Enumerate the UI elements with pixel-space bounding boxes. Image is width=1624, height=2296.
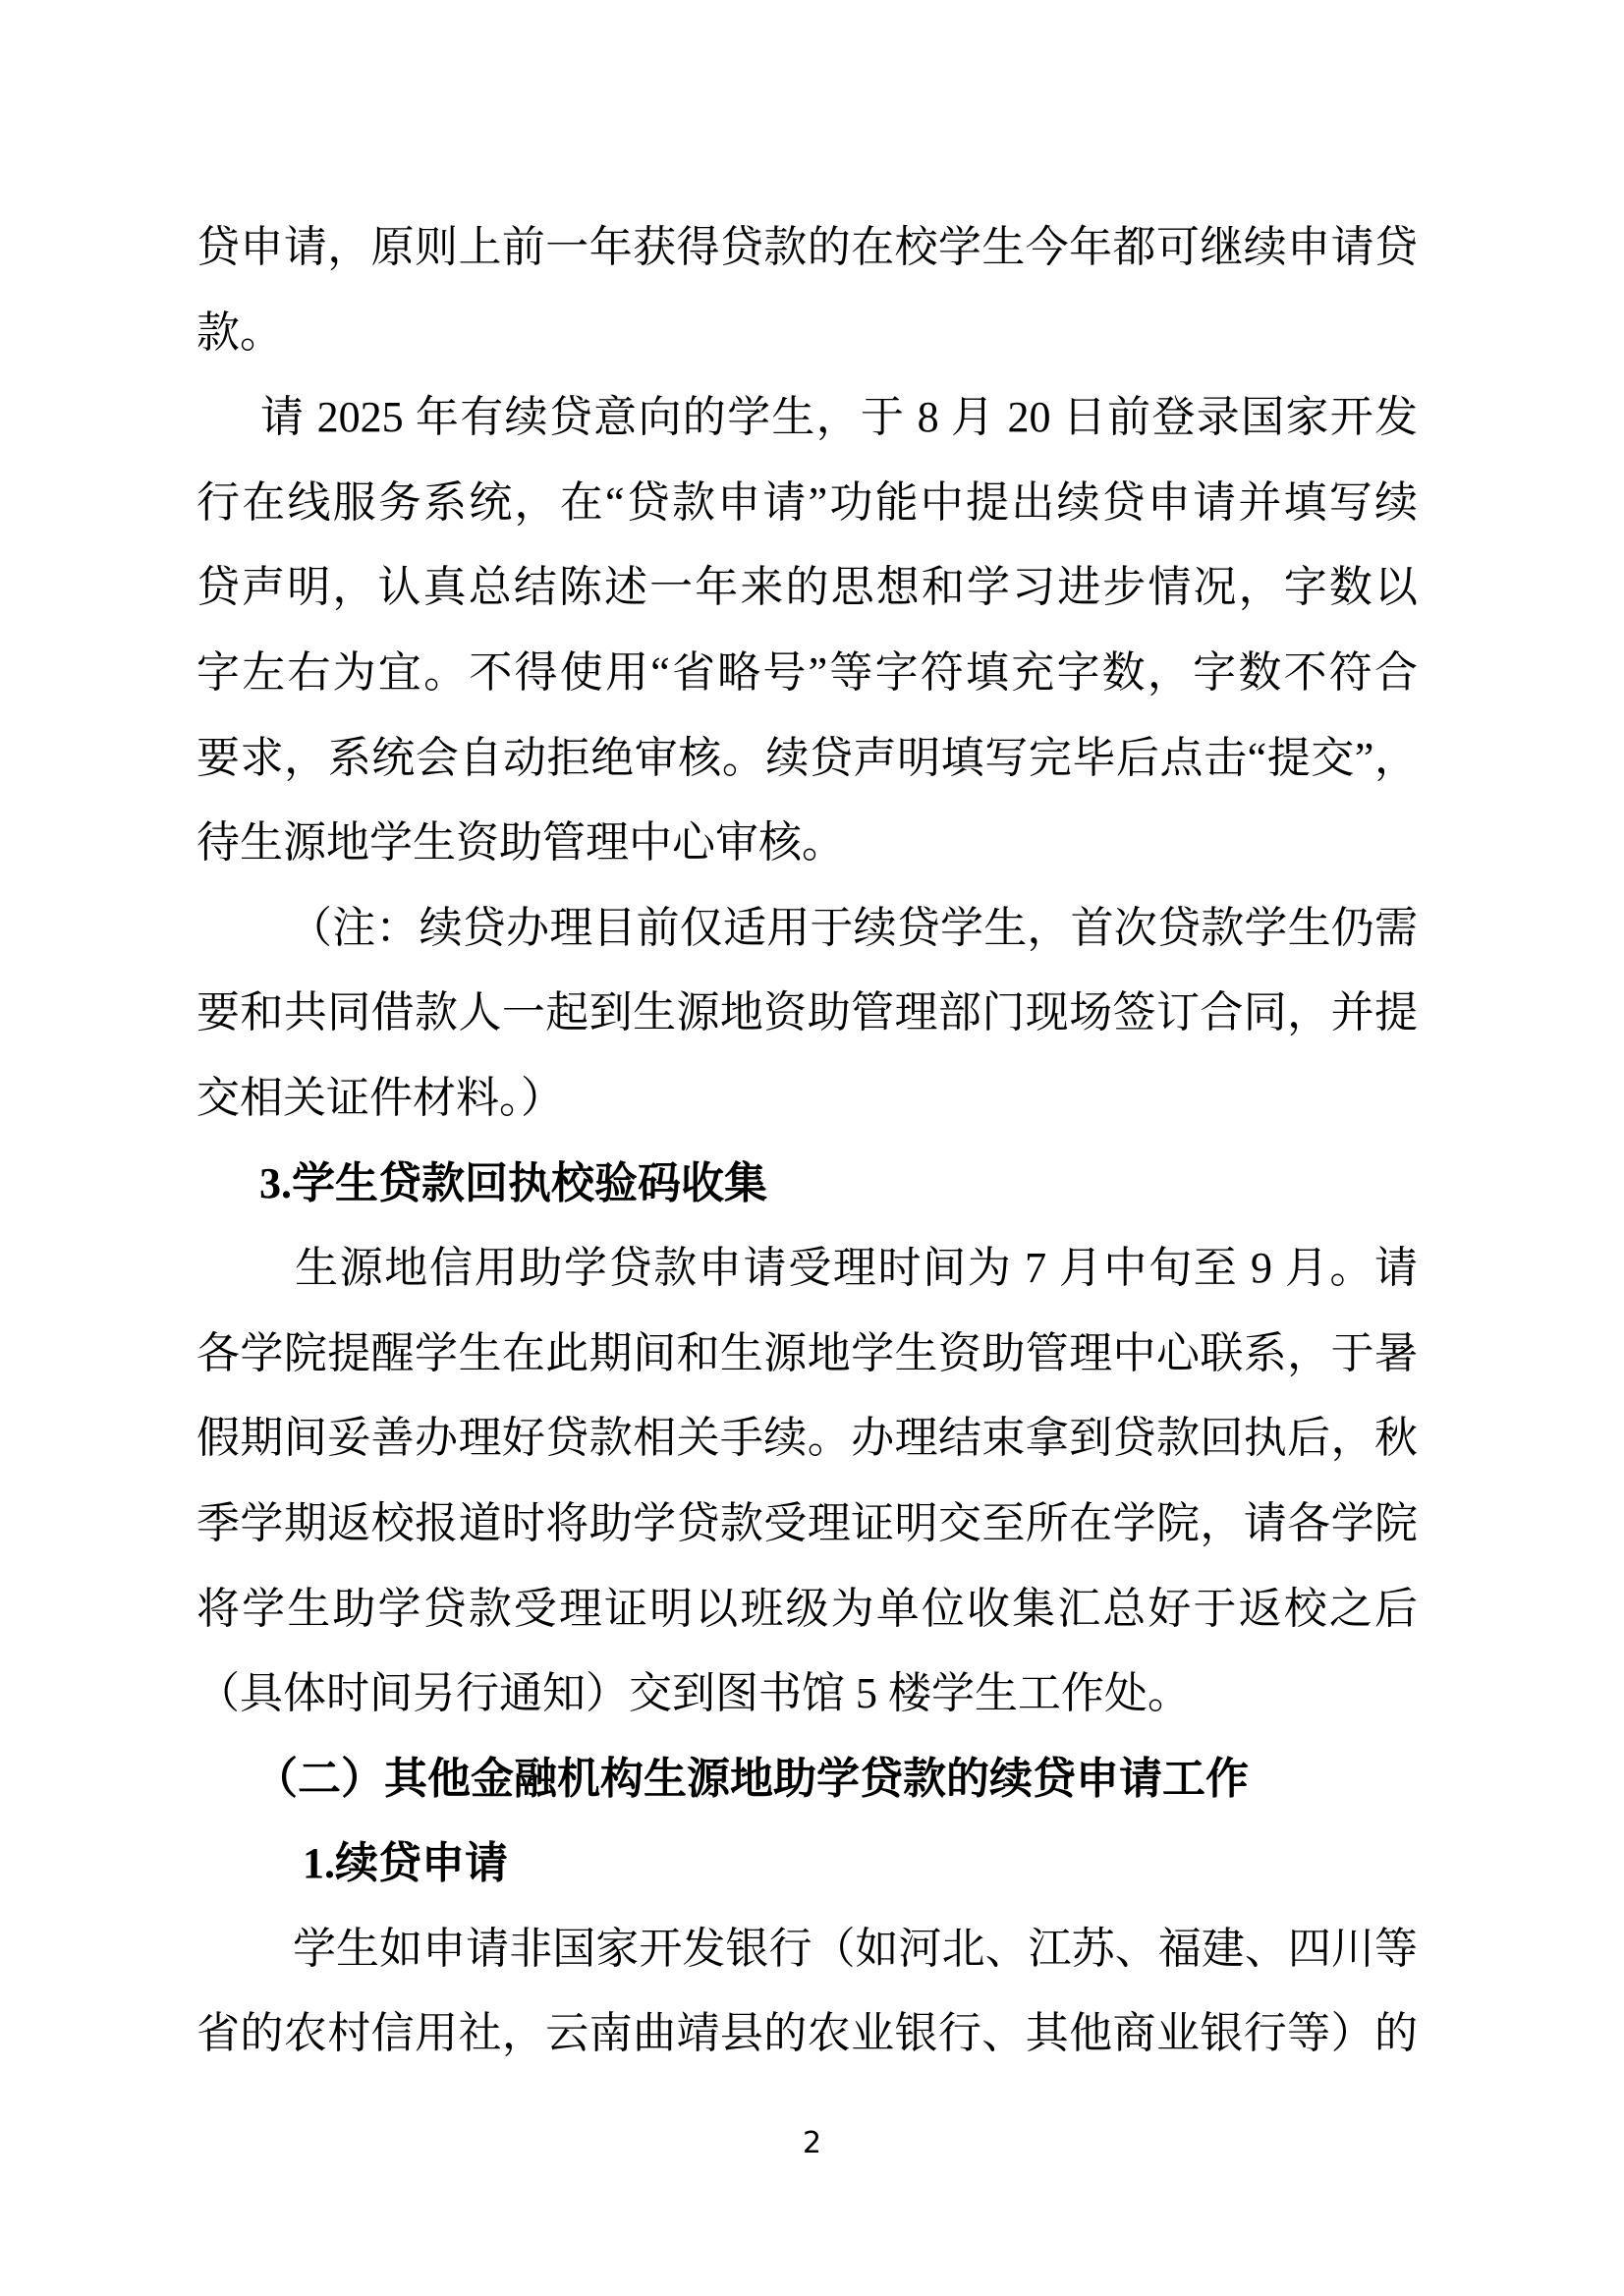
text-line: 请 2025 年有续贷意向的学生，于 8 月 20 日前登录国家开发银 bbox=[196, 375, 1418, 461]
text-line: 学生如申请非国家开发银行（如河北、江苏、福建、四川等 bbox=[196, 1907, 1418, 1992]
text-line: 3.学生贷款回执校验码收集 bbox=[196, 1142, 1418, 1227]
text-line: 1.续贷申请 bbox=[196, 1821, 1418, 1907]
text-line: 生源地信用助学贷款申请受理时间为 7 月中旬至 9 月。请 bbox=[196, 1226, 1418, 1312]
text-line: 要和共同借款人一起到生源地资助管理部门现场签订合同，并提 bbox=[196, 971, 1418, 1056]
text-line: （具体时间另行通知）交到图书馆 5 楼学生工作处。 bbox=[196, 1652, 1418, 1737]
text-line: 交相关证件材料。） bbox=[196, 1056, 1418, 1142]
text-line: 要求，系统会自动拒绝审核。续贷声明填写完毕后点击“提交”， bbox=[196, 716, 1418, 802]
text-line: 字左右为宜。不得使用“省略号”等字符填充字数，字数不符合 bbox=[196, 631, 1418, 716]
text-line: 季学期返校报道时将助学贷款受理证明交至所在学院，请各学院 bbox=[196, 1482, 1418, 1567]
text-line: 假期间妥善办理好贷款相关手续。办理结束拿到贷款回执后，秋 bbox=[196, 1396, 1418, 1482]
page-body: 贷申请，原则上前一年获得贷款的在校学生今年都可继续申请贷款。请 2025 年有续… bbox=[196, 205, 1418, 2077]
text-line: 省的农村信用社，云南曲靖县的农业银行、其他商业银行等）的 bbox=[196, 1991, 1418, 2077]
text-line: （二）其他金融机构生源地助学贷款的续贷申请工作 bbox=[196, 1737, 1418, 1822]
text-line: 各学院提醒学生在此期间和生源地学生资助管理中心联系，于暑 bbox=[196, 1312, 1418, 1397]
text-line: 行在线服务系统，在“贷款申请”功能中提出续贷申请并填写续 bbox=[196, 461, 1418, 546]
text-line: 款。 bbox=[196, 291, 1418, 376]
text-line: 贷申请，原则上前一年获得贷款的在校学生今年都可继续申请贷 bbox=[196, 205, 1418, 291]
document-page: 贷申请，原则上前一年获得贷款的在校学生今年都可继续申请贷款。请 2025 年有续… bbox=[0, 0, 1624, 2296]
page-number: 2 bbox=[0, 2126, 1624, 2161]
text-line: 贷声明，认真总结陈述一年来的思想和学习进步情况，字数以 200 bbox=[196, 545, 1418, 631]
text-line: （注：续贷办理目前仅适用于续贷学生，首次贷款学生仍需 bbox=[196, 886, 1418, 972]
text-line: 待生源地学生资助管理中心审核。 bbox=[196, 801, 1418, 886]
text-line: 将学生助学贷款受理证明以班级为单位收集汇总好于返校之后 bbox=[196, 1567, 1418, 1652]
